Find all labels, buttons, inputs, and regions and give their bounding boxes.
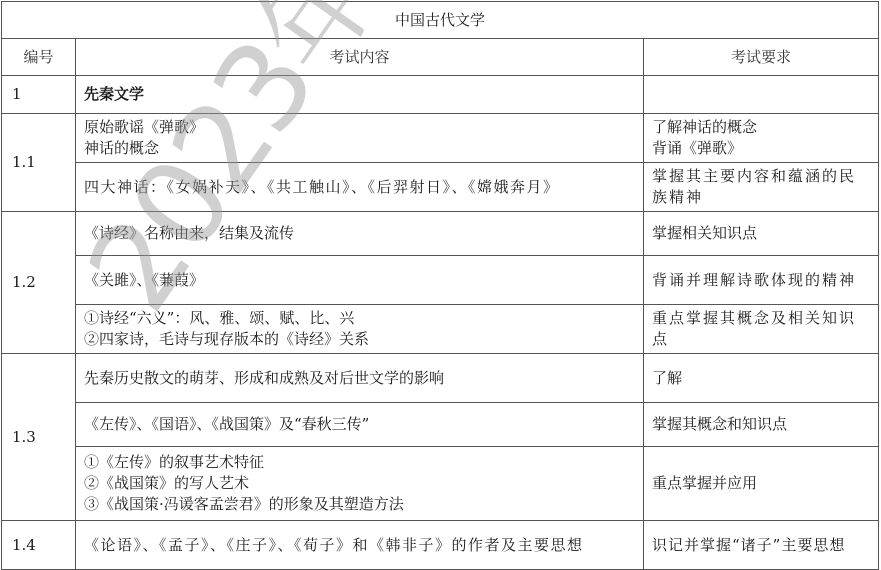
requirement-cell: 识记并掌握“诸子”主要思想	[644, 521, 879, 570]
requirement-cell: 了解	[644, 354, 879, 403]
group-number: 1.1	[2, 114, 76, 212]
content-cell: 《论语》、《孟子》、《庄子》、《荀子》和《韩非子》的作者及主要思想	[76, 521, 644, 570]
content-cell: 先秦历史散文的萌芽、形成和成熟及对后世文学的影响	[76, 354, 644, 403]
table-row: ①诗经“六义”：风、雅、颂、赋、比、兴 ②四家诗，毛诗与现存版本的《诗经》关系 …	[2, 305, 879, 354]
table-row: 四大神话：《女娲补天》、《共工触山》、《后羿射日》、《嫦娥奔月》 掌握其主要内容…	[2, 163, 879, 212]
content-cell: 《诗经》名称由来，结集及流传	[76, 212, 644, 256]
table-row: 1.1 原始歌谣《弹歌》 神话的概念 了解神话的概念 背诵《弹歌》	[2, 114, 879, 163]
requirement-line: 背诵《弹歌》	[652, 138, 870, 159]
header-content: 考试内容	[76, 39, 644, 76]
content-line: 原始歌谣《弹歌》	[84, 117, 635, 138]
content-line: ①《左传》的叙事艺术特征	[84, 452, 635, 473]
content-cell: ①诗经“六义”：风、雅、颂、赋、比、兴 ②四家诗，毛诗与现存版本的《诗经》关系	[76, 305, 644, 354]
table-title-row: 中国古代文学	[2, 2, 879, 39]
section-title: 先秦文学	[76, 76, 644, 114]
content-cell: 《左传》、《国语》、《战国策》及“春秋三传”	[76, 403, 644, 447]
section-row: 1 先秦文学	[2, 76, 879, 114]
table-row: 《左传》、《国语》、《战国策》及“春秋三传” 掌握其概念和知识点	[2, 403, 879, 447]
requirement-cell: 重点掌握并应用	[644, 447, 879, 521]
content-line: ①诗经“六义”：风、雅、颂、赋、比、兴	[84, 308, 635, 329]
section-requirement	[644, 76, 879, 114]
header-row: 编号 考试内容 考试要求	[2, 39, 879, 76]
content-line: ②四家诗，毛诗与现存版本的《诗经》关系	[84, 329, 635, 350]
requirement-cell: 掌握其主要内容和蕴涵的民族精神	[644, 163, 879, 212]
header-requirement: 考试要求	[644, 39, 879, 76]
group-number: 1.4	[2, 521, 76, 570]
content-cell: 《关雎》、《蒹葭》	[76, 256, 644, 305]
content-line: ③《战国策·冯谖客孟尝君》的形象及其塑造方法	[84, 494, 635, 515]
section-number: 1	[2, 76, 76, 114]
requirement-cell: 掌握其概念和知识点	[644, 403, 879, 447]
requirement-cell: 背诵并理解诗歌体现的精神	[644, 256, 879, 305]
content-cell: 原始歌谣《弹歌》 神话的概念	[76, 114, 644, 163]
table-row: 《关雎》、《蒹葭》 背诵并理解诗歌体现的精神	[2, 256, 879, 305]
table-title: 中国古代文学	[2, 2, 879, 39]
table-row: 1.3 先秦历史散文的萌芽、形成和成熟及对后世文学的影响 了解	[2, 354, 879, 403]
requirement-cell: 了解神话的概念 背诵《弹歌》	[644, 114, 879, 163]
content-cell: ①《左传》的叙事艺术特征 ②《战国策》的写人艺术 ③《战国策·冯谖客孟尝君》的形…	[76, 447, 644, 521]
requirement-cell: 掌握相关知识点	[644, 212, 879, 256]
header-number: 编号	[2, 39, 76, 76]
requirement-line: 了解神话的概念	[652, 117, 870, 138]
content-line: ②《战国策》的写人艺术	[84, 473, 635, 494]
table-row: ①《左传》的叙事艺术特征 ②《战国策》的写人艺术 ③《战国策·冯谖客孟尝君》的形…	[2, 447, 879, 521]
content-cell: 四大神话：《女娲补天》、《共工触山》、《后羿射日》、《嫦娥奔月》	[76, 163, 644, 212]
table-row: 1.4 《论语》、《孟子》、《庄子》、《荀子》和《韩非子》的作者及主要思想 识记…	[2, 521, 879, 570]
group-number: 1.2	[2, 212, 76, 354]
table-row: 1.2 《诗经》名称由来，结集及流传 掌握相关知识点	[2, 212, 879, 256]
requirement-cell: 重点掌握其概念及相关知识点	[644, 305, 879, 354]
content-line: 神话的概念	[84, 138, 635, 159]
group-number: 1.3	[2, 354, 76, 521]
syllabus-table: 中国古代文学 编号 考试内容 考试要求 1 先秦文学 1.1 原始歌谣《弹歌》 …	[1, 1, 879, 570]
